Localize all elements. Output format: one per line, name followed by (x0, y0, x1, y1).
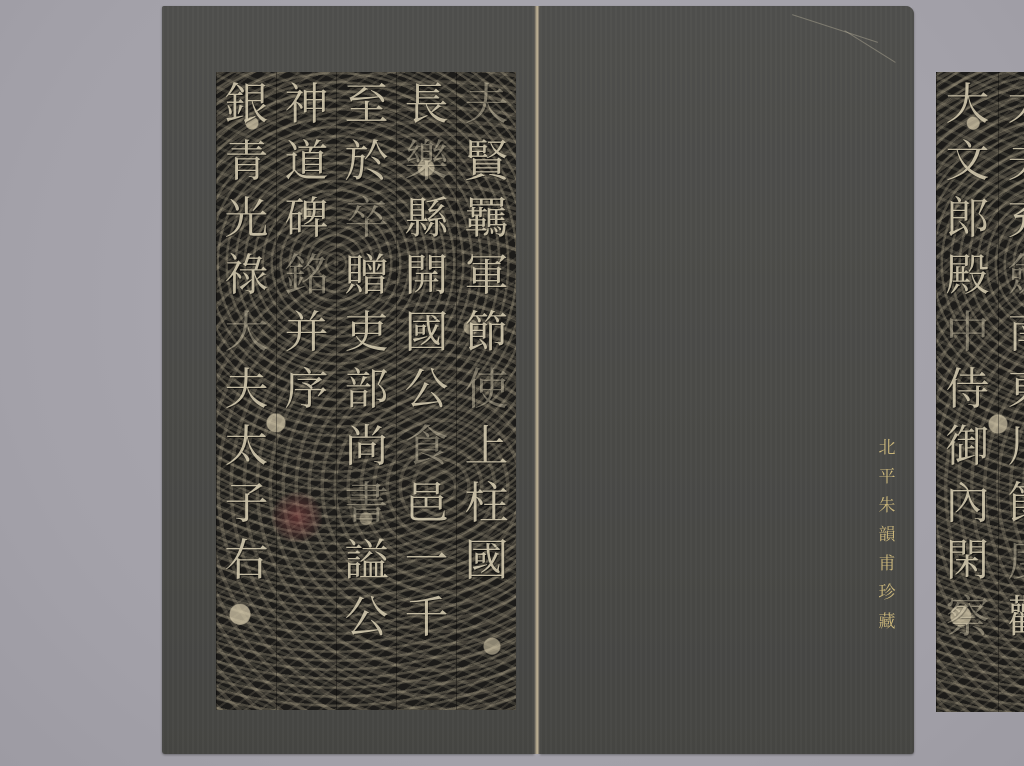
right-rubbing-panel: 大唐故銀青光祿大夫檢校禮部尚書使持節梓州諸軍事兼梓州刺史御史大夫充劍南東川節度觀… (936, 72, 1024, 712)
inscription-column: 大夫充劍南東川節度觀 (998, 72, 1024, 712)
inscription-character: 上 (465, 418, 509, 475)
inscription-character: 郎 (946, 190, 990, 247)
inscription-character: 國 (465, 532, 509, 589)
inscription-character: 卒 (345, 190, 389, 247)
colophon-character: 北 (879, 434, 896, 463)
inscription-character: 千 (405, 589, 449, 646)
wear-mark (792, 14, 878, 43)
inscription-character: 羈 (465, 190, 509, 247)
inscription-character: 侍 (946, 361, 990, 418)
inscription-character: 充 (1008, 190, 1024, 247)
inscription-character: 神 (285, 76, 329, 133)
inscription-character: 銀 (225, 76, 269, 133)
inscription-character: 贈 (345, 247, 389, 304)
inscription-character: 序 (285, 361, 329, 418)
inscription-character: 碑 (285, 190, 329, 247)
inscription-character: 柱 (465, 475, 509, 532)
inscription-character: 一 (405, 532, 449, 589)
inscription-character: 節 (1008, 475, 1024, 532)
inscription-character: 開 (405, 247, 449, 304)
inscription-column: 銀青光祿大夫太子右 (216, 72, 276, 710)
inscription-character: 內 (946, 475, 990, 532)
inscription-character: 大 (946, 76, 990, 133)
inscription-character: 大 (1008, 76, 1024, 133)
inscription-character: 觀 (1008, 589, 1024, 646)
inscription-character: 夫 (1008, 133, 1024, 190)
inscription-character: 使 (465, 361, 509, 418)
inscription-character: 公 (405, 361, 449, 418)
inscription-column: 大文郎殿中侍御內閑察 (936, 72, 998, 712)
inscription-character: 銘 (285, 247, 329, 304)
inscription-character: 祿 (225, 247, 269, 304)
inscription-character: 大 (225, 304, 269, 361)
inscription-character: 邑 (405, 475, 449, 532)
inscription-character: 至 (345, 76, 389, 133)
left-page: 夫賢羈軍節使上柱國長樂縣開國公食邑一千至於卒贈吏部尚書謚公神道碑銘并序銀青光祿大… (162, 6, 534, 754)
inscription-character: 中 (946, 304, 990, 361)
inscription-character: 國 (405, 304, 449, 361)
right-page: 大唐故銀青光祿大夫檢校禮部尚書使持節梓州諸軍事兼梓州刺史御史大夫充劍南東川節度觀… (540, 6, 914, 754)
inscription-character: 御 (946, 418, 990, 475)
inscription-column: 夫賢羈軍節使上柱國 (456, 72, 516, 710)
colophon-character: 珍 (879, 579, 896, 608)
inscription-character: 部 (345, 361, 389, 418)
rubbing-album: 夫賢羈軍節使上柱國長樂縣開國公食邑一千至於卒贈吏部尚書謚公神道碑銘并序銀青光祿大… (162, 6, 914, 754)
inscription-column: 至於卒贈吏部尚書謚公 (336, 72, 396, 710)
colophon-character: 藏 (879, 608, 896, 637)
inscription-character: 劍 (1008, 247, 1024, 304)
right-inscription-columns: 大唐故銀青光祿大夫檢校禮部尚書使持節梓州諸軍事兼梓州刺史御史大夫充劍南東川節度觀… (936, 72, 1024, 712)
inscription-character: 尚 (345, 418, 389, 475)
colophon-character: 甫 (879, 550, 896, 579)
left-rubbing-panel: 夫賢羈軍節使上柱國長樂縣開國公食邑一千至於卒贈吏部尚書謚公神道碑銘并序銀青光祿大… (216, 72, 516, 710)
inscription-character: 賢 (465, 133, 509, 190)
inscription-character: 青 (225, 133, 269, 190)
inscription-character: 川 (1008, 418, 1024, 475)
inscription-character: 長 (405, 76, 449, 133)
inscription-character: 太 (225, 418, 269, 475)
inscription-character: 子 (225, 475, 269, 532)
inscription-character: 察 (946, 589, 990, 646)
inscription-character: 樂 (405, 133, 449, 190)
inscription-character: 光 (225, 190, 269, 247)
inscription-character: 夫 (465, 76, 509, 133)
inscription-character: 縣 (405, 190, 449, 247)
wear-mark (844, 30, 895, 63)
inscription-character: 殿 (946, 247, 990, 304)
red-seal-mark (272, 492, 322, 542)
inscription-column: 神道碑銘并序 (276, 72, 336, 710)
inscription-character: 右 (225, 532, 269, 589)
inscription-character: 於 (345, 133, 389, 190)
colophon-character: 平 (879, 463, 896, 492)
inscription-character: 并 (285, 304, 329, 361)
inscription-character: 公 (345, 589, 389, 646)
collector-colophon: 北平朱韻甫珍藏 (874, 434, 900, 637)
inscription-character: 吏 (345, 304, 389, 361)
inscription-character: 文 (946, 133, 990, 190)
inscription-character: 道 (285, 133, 329, 190)
inscription-character: 食 (405, 418, 449, 475)
left-inscription-columns: 夫賢羈軍節使上柱國長樂縣開國公食邑一千至於卒贈吏部尚書謚公神道碑銘并序銀青光祿大… (216, 72, 516, 710)
inscription-character: 夫 (225, 361, 269, 418)
colophon-character: 朱 (879, 492, 896, 521)
inscription-character: 東 (1008, 361, 1024, 418)
inscription-character: 閑 (946, 532, 990, 589)
inscription-character: 書 (345, 475, 389, 532)
inscription-character: 謚 (345, 532, 389, 589)
colophon-character: 韻 (879, 521, 896, 550)
inscription-character: 度 (1008, 532, 1024, 589)
inscription-column: 長樂縣開國公食邑一千 (396, 72, 456, 710)
inscription-character: 南 (1008, 304, 1024, 361)
inscription-character: 軍 (465, 247, 509, 304)
inscription-character: 節 (465, 304, 509, 361)
